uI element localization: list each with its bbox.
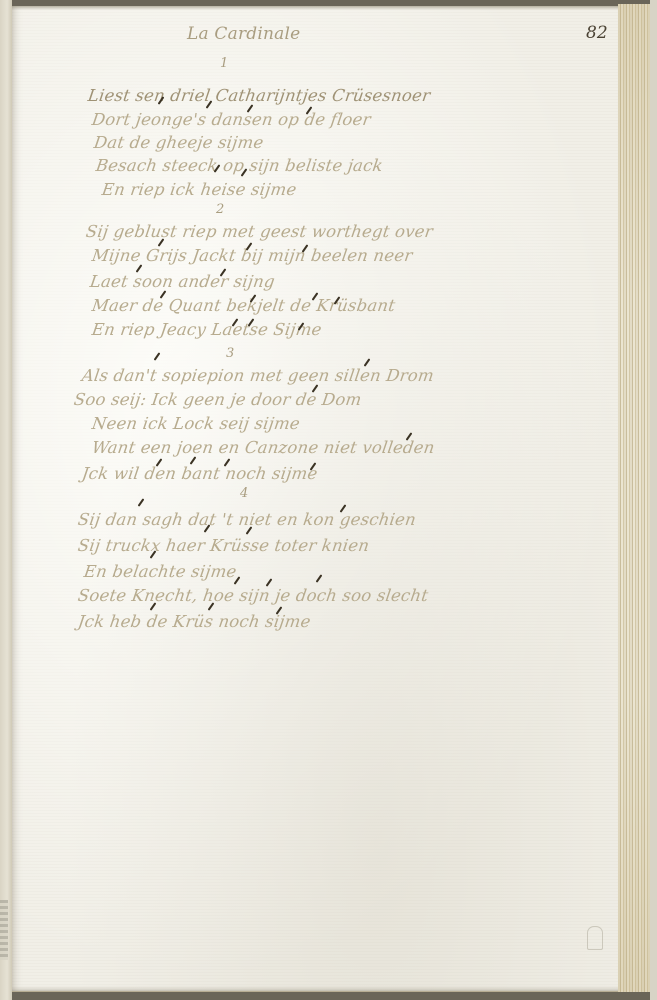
verse-line: Soete Knecht, hoe sijn je doch soo slech…	[77, 586, 430, 605]
manuscript-page: La Cardinale 82 1 Liest sen driel Cathar…	[12, 6, 620, 992]
verse-line: Laet soon ander sijng	[89, 272, 276, 291]
verse-line: Liest sen driel Catharijntjes Crüsesnoer	[87, 86, 432, 105]
verse-line: En riep Jeacy Laetse Sijme	[91, 320, 323, 339]
page-stack-edge	[618, 4, 652, 992]
facing-page-bleed-through	[0, 900, 8, 960]
stanza-number: 1	[220, 56, 228, 71]
folio-number: 82	[586, 23, 608, 43]
verse-line: Neen ick Lock seij sijme	[91, 414, 302, 433]
verse-line: En riep ick heise sijme	[101, 180, 298, 199]
ink-mark	[138, 498, 145, 507]
verse-line: Jck wil den bant noch sijme	[81, 464, 319, 483]
verse-line: Sij geblust riep met geest worthegt over	[85, 222, 435, 241]
ink-mark	[154, 352, 161, 361]
scan-right-margin	[650, 0, 657, 1000]
verse-line: Besach steeck op sijn beliste jack	[95, 156, 385, 175]
stanza-number: 4	[240, 486, 248, 501]
verse-line: Als dan't sopiepion met geen sillen Drom	[81, 366, 436, 385]
ink-mark	[316, 574, 323, 583]
page-top-shadow	[12, 6, 620, 10]
stanza-number: 3	[226, 346, 234, 361]
verse-line: Soo seij: Ick geen je door de Dom	[73, 390, 363, 409]
verse-line: Sij truckx haer Krüsse toter knien	[77, 536, 371, 555]
verse-line: Want een joen en Canzone niet volleden	[91, 438, 436, 457]
manuscript-scan: La Cardinale 82 1 Liest sen driel Cathar…	[0, 0, 657, 1000]
verse-line: Dat de gheeje sijme	[93, 133, 265, 152]
show-through-stamp	[587, 926, 603, 950]
facing-page-edge	[0, 0, 12, 1000]
verse-line: Sij dan sagh dat 't niet en kon geschien	[77, 510, 418, 529]
page-title: La Cardinale	[187, 24, 300, 44]
verse-line: Dort jeonge's dansen op de floer	[91, 110, 372, 129]
stanza-number: 2	[216, 202, 224, 217]
verse-line: En belachte sijme	[83, 562, 238, 581]
verse-line: Maer de Quant bekjelt de Krüsbant	[91, 296, 397, 315]
verse-line: Mijne Grijs Jackt bij mijn beelen neer	[91, 246, 414, 265]
